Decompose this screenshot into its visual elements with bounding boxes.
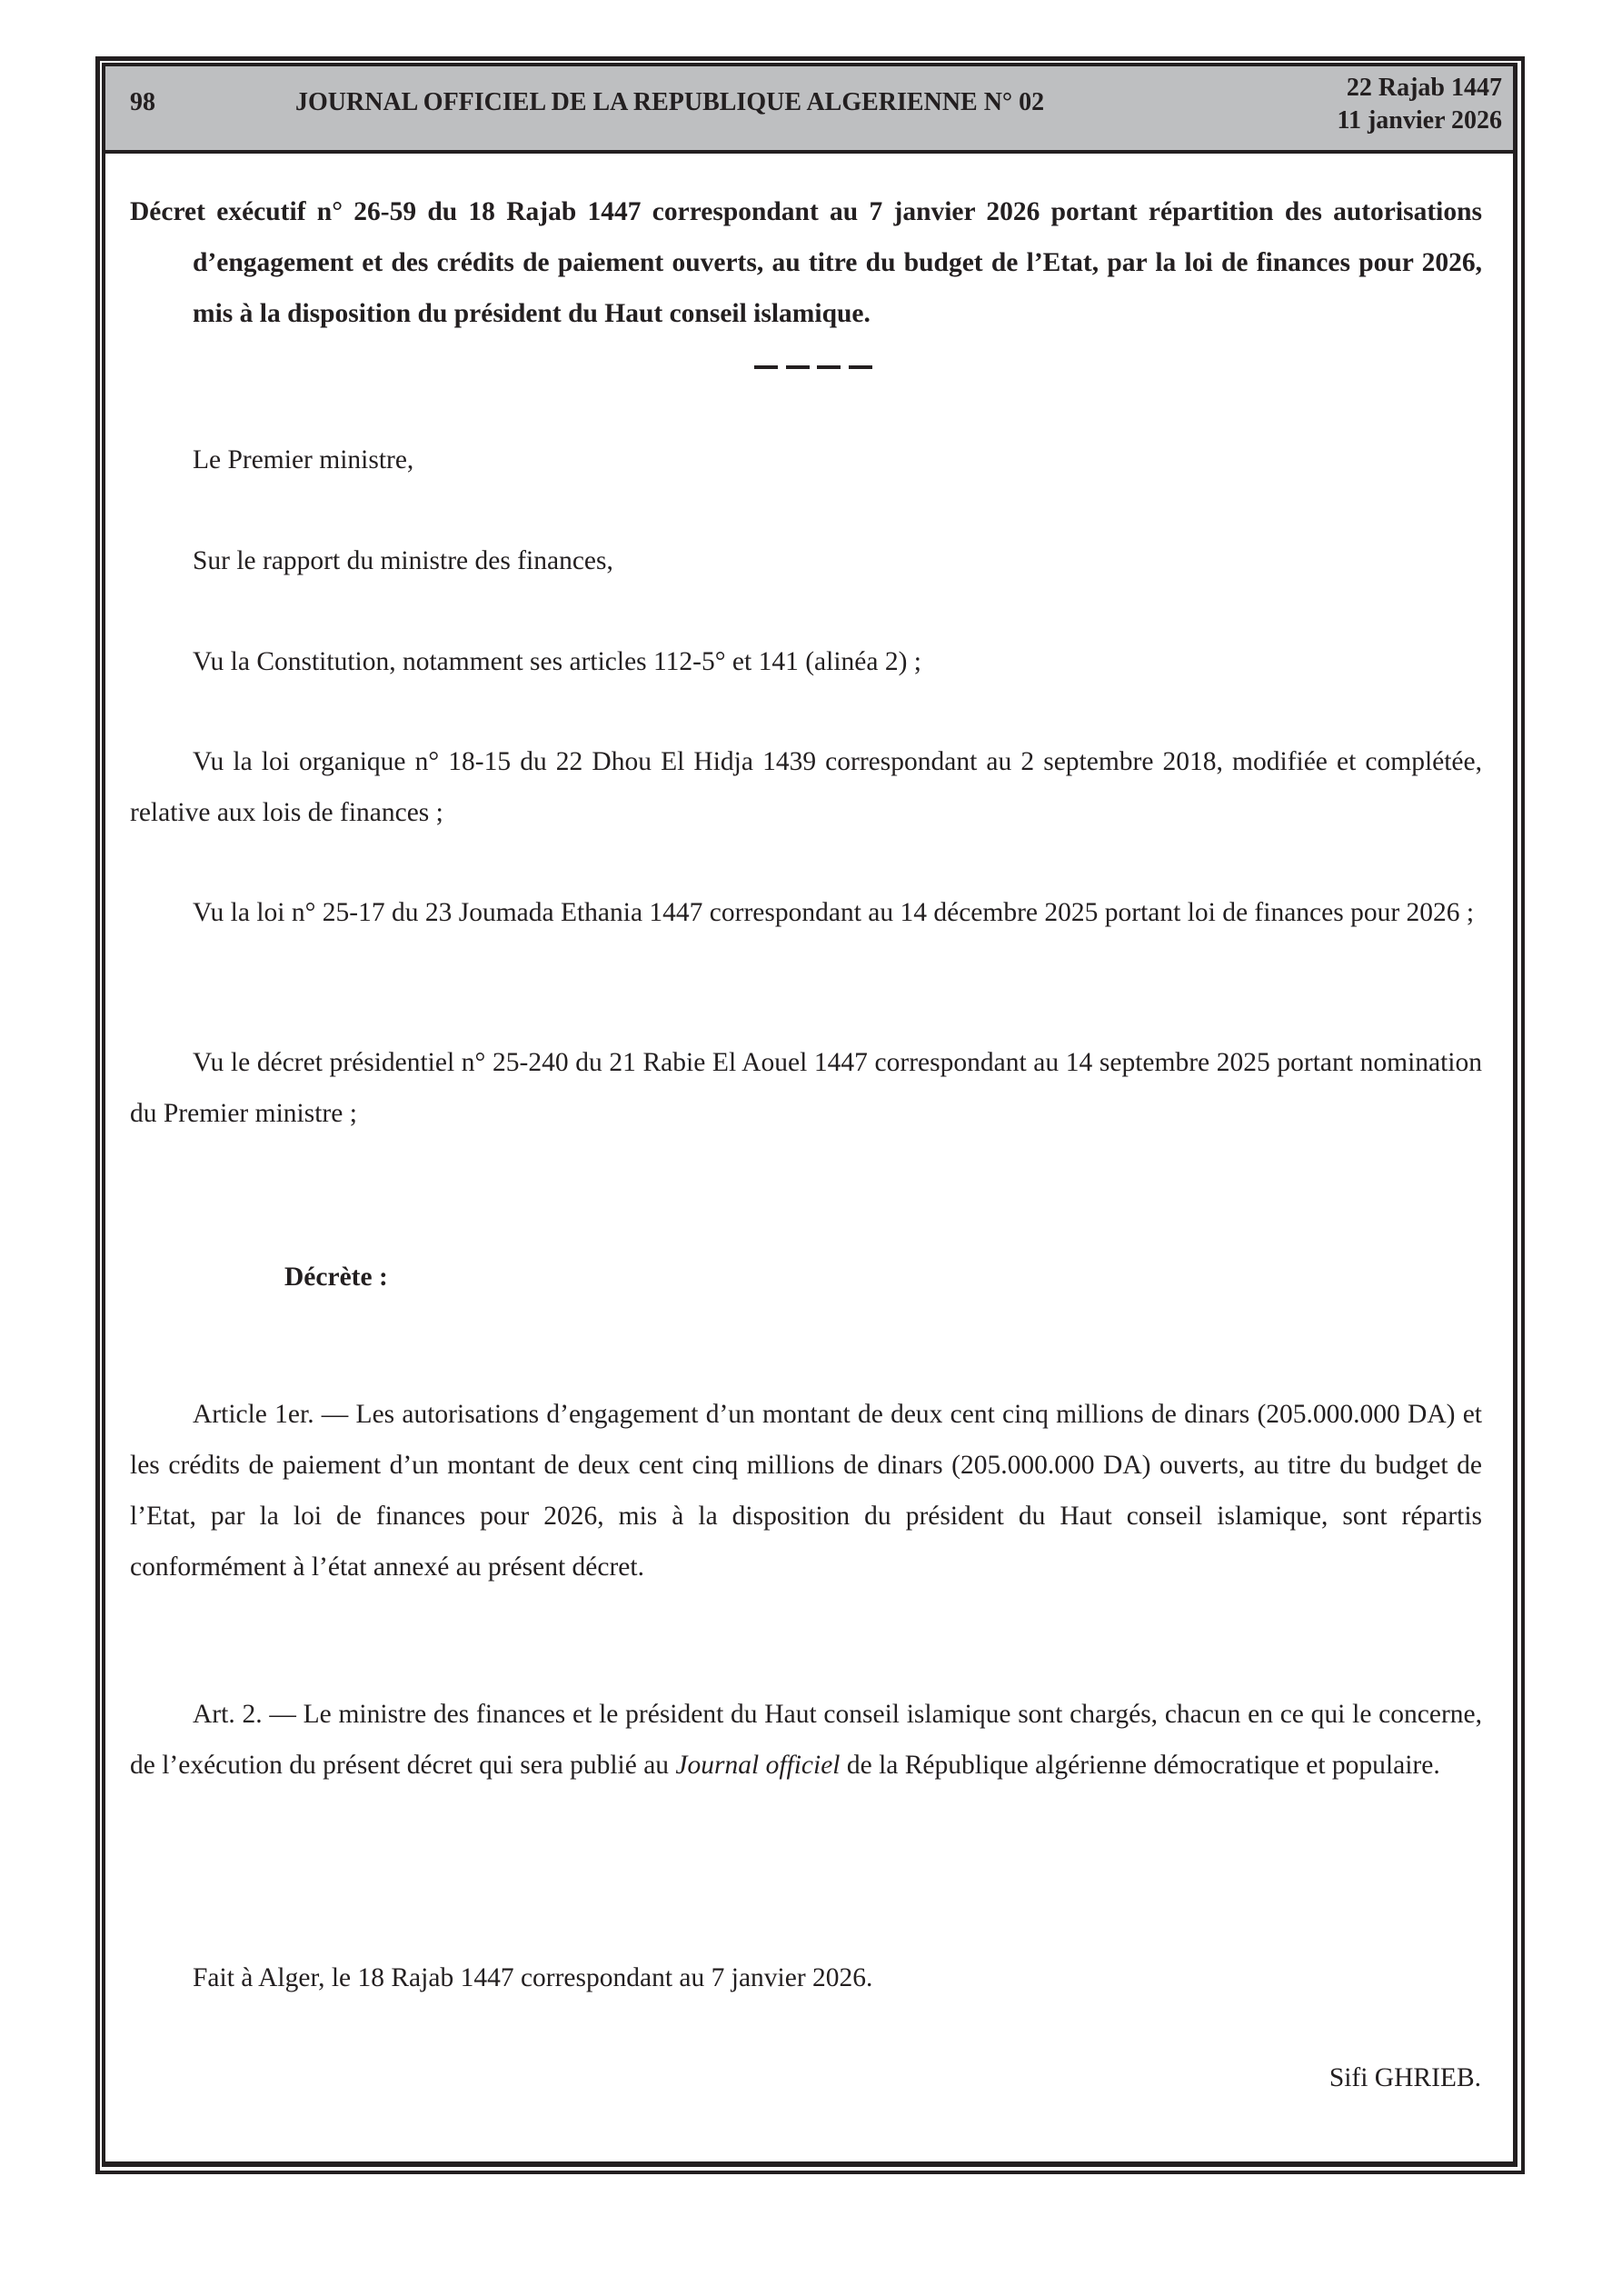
journal-header: 98 JOURNAL OFFICIEL DE LA REPUBLIQUE ALG… xyxy=(105,66,1513,154)
separator-dash xyxy=(849,365,872,369)
decree-title: Décret exécutif n° 26-59 du 18 Rajab 144… xyxy=(130,186,1482,339)
separator-dash xyxy=(754,365,778,369)
article-2: Art. 2. — Le ministre des finances et le… xyxy=(130,1689,1482,1791)
decrete-heading: Décrète : xyxy=(284,1252,388,1303)
preamble-authority: Le Premier ministre, xyxy=(130,434,1482,485)
separator-dash xyxy=(817,365,841,369)
page-number: 98 xyxy=(130,88,155,117)
title-separator xyxy=(754,365,872,370)
signature: Sifi GHRIEB. xyxy=(1329,2052,1481,2103)
separator-dash xyxy=(786,365,810,369)
article-1: Article 1er. — Les autorisations d’engag… xyxy=(130,1389,1482,1592)
journal-officiel-reference: Journal officiel xyxy=(675,1751,840,1780)
preamble-presidential-decree: Vu le décret présidentiel n° 25-240 du 2… xyxy=(130,1037,1482,1139)
done-at: Fait à Alger, le 18 Rajab 1447 correspon… xyxy=(130,1952,1482,2003)
preamble-finance-law: Vu la loi n° 25-17 du 23 Joumada Ethania… xyxy=(130,887,1482,938)
issue-date-hijri: 22 Rajab 1447 xyxy=(1338,72,1502,105)
preamble-constitution: Vu la Constitution, notamment ses articl… xyxy=(130,636,1482,687)
article-2-text-end: de la République algérienne démocratique… xyxy=(840,1751,1439,1780)
journal-title: JOURNAL OFFICIEL DE LA REPUBLIQUE ALGERI… xyxy=(295,88,1044,117)
preamble-report: Sur le rapport du ministre des finances, xyxy=(130,535,1482,586)
preamble-organic-law: Vu la loi organique n° 18-15 du 22 Dhou … xyxy=(130,736,1482,838)
issue-date: 22 Rajab 1447 11 janvier 2026 xyxy=(1338,72,1502,137)
issue-date-gregorian: 11 janvier 2026 xyxy=(1338,105,1502,137)
